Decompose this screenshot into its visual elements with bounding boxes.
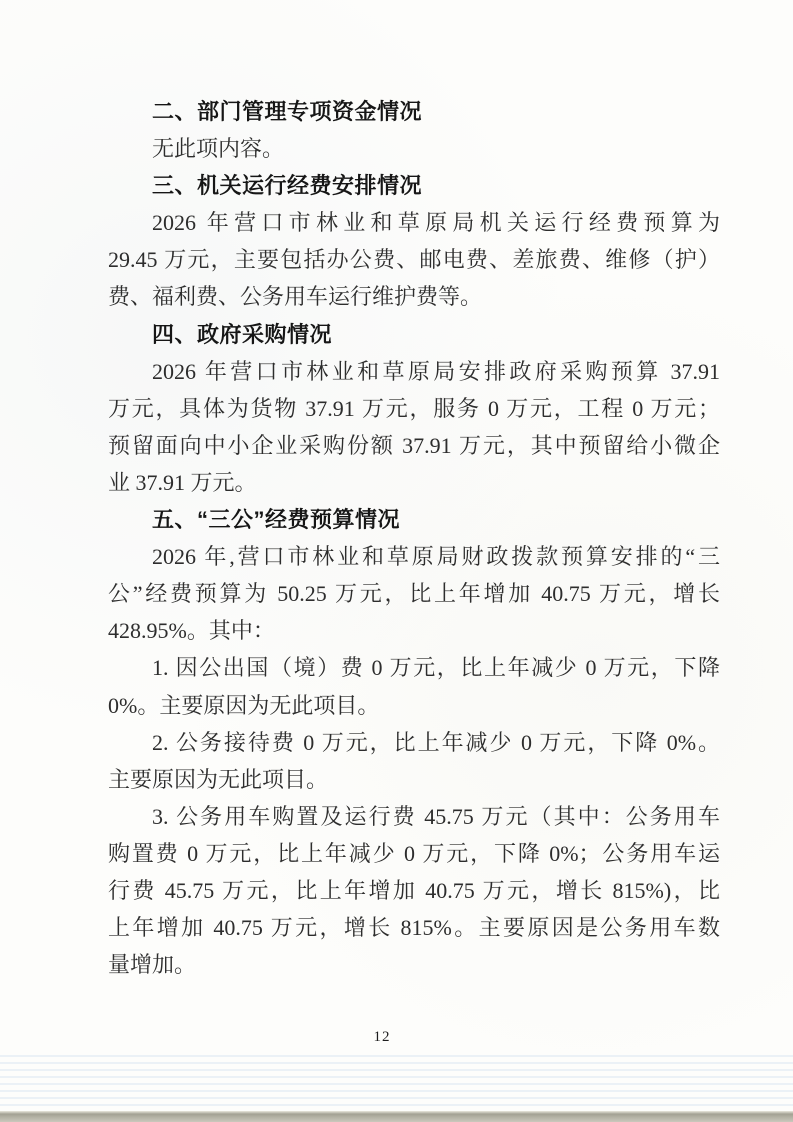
text-line: 428.95%。其中： bbox=[108, 612, 720, 649]
text-line: 2026 年,营口市林业和草原局财政拨款预算安排的“三 bbox=[108, 538, 720, 575]
text-line: 1. 因公出国（境）费 0 万元，比上年减少 0 万元，下降 bbox=[108, 649, 720, 686]
text-line: 万元，具体为货物 37.91 万元，服务 0 万元，工程 0 万元； bbox=[108, 390, 720, 427]
text-line: 购置费 0 万元，比上年减少 0 万元，下降 0%；公务用车运 bbox=[108, 835, 720, 872]
text-line: 上年增加 40.75 万元，增长 815%。主要原因是公务用车数 bbox=[108, 909, 720, 946]
text-line: 无此项内容。 bbox=[108, 130, 720, 167]
text-line: 业 37.91 万元。 bbox=[108, 464, 720, 501]
text-line: 2026 年营口市林业和草原局机关运行经费预算为 bbox=[108, 204, 720, 241]
text-line: 0%。主要原因为无此项目。 bbox=[108, 687, 720, 724]
page-number: 12 bbox=[0, 1029, 764, 1046]
text-line: 29.45 万元，主要包括办公费、邮电费、差旅费、维修（护） bbox=[108, 241, 720, 278]
text-line: 2026 年营口市林业和草原局安排政府采购预算 37.91 bbox=[108, 353, 720, 390]
text-line: 公”经费预算为 50.25 万元，比上年增加 40.75 万元，增长 bbox=[108, 575, 720, 612]
text-line: 主要原因为无此项目。 bbox=[108, 761, 720, 798]
text-line: 预留面向中小企业采购份额 37.91 万元，其中预留给小微企 bbox=[108, 427, 720, 464]
document-body: 二、部门管理专项资金情况无此项内容。三、机关运行经费安排情况2026 年营口市林… bbox=[108, 93, 720, 983]
section-heading: 三、机关运行经费安排情况 bbox=[108, 167, 720, 204]
page-bottom-edge bbox=[0, 1111, 793, 1122]
text-line: 费、福利费、公务用车运行维护费等。 bbox=[108, 278, 720, 315]
section-heading: 二、部门管理专项资金情况 bbox=[108, 93, 720, 130]
text-line: 量增加。 bbox=[108, 946, 720, 983]
scan-artifact-lines bbox=[0, 1050, 793, 1110]
text-line: 2. 公务接待费 0 万元，比上年减少 0 万元，下降 0%。 bbox=[108, 724, 720, 761]
text-line: 行费 45.75 万元，比上年增加 40.75 万元，增长 815%)，比 bbox=[108, 872, 720, 909]
section-heading: 四、政府采购情况 bbox=[108, 316, 720, 353]
document-page: 二、部门管理专项资金情况无此项内容。三、机关运行经费安排情况2026 年营口市林… bbox=[0, 0, 793, 1122]
text-line: 3. 公务用车购置及运行费 45.75 万元（其中：公务用车 bbox=[108, 798, 720, 835]
section-heading: 五、“三公”经费预算情况 bbox=[108, 501, 720, 538]
